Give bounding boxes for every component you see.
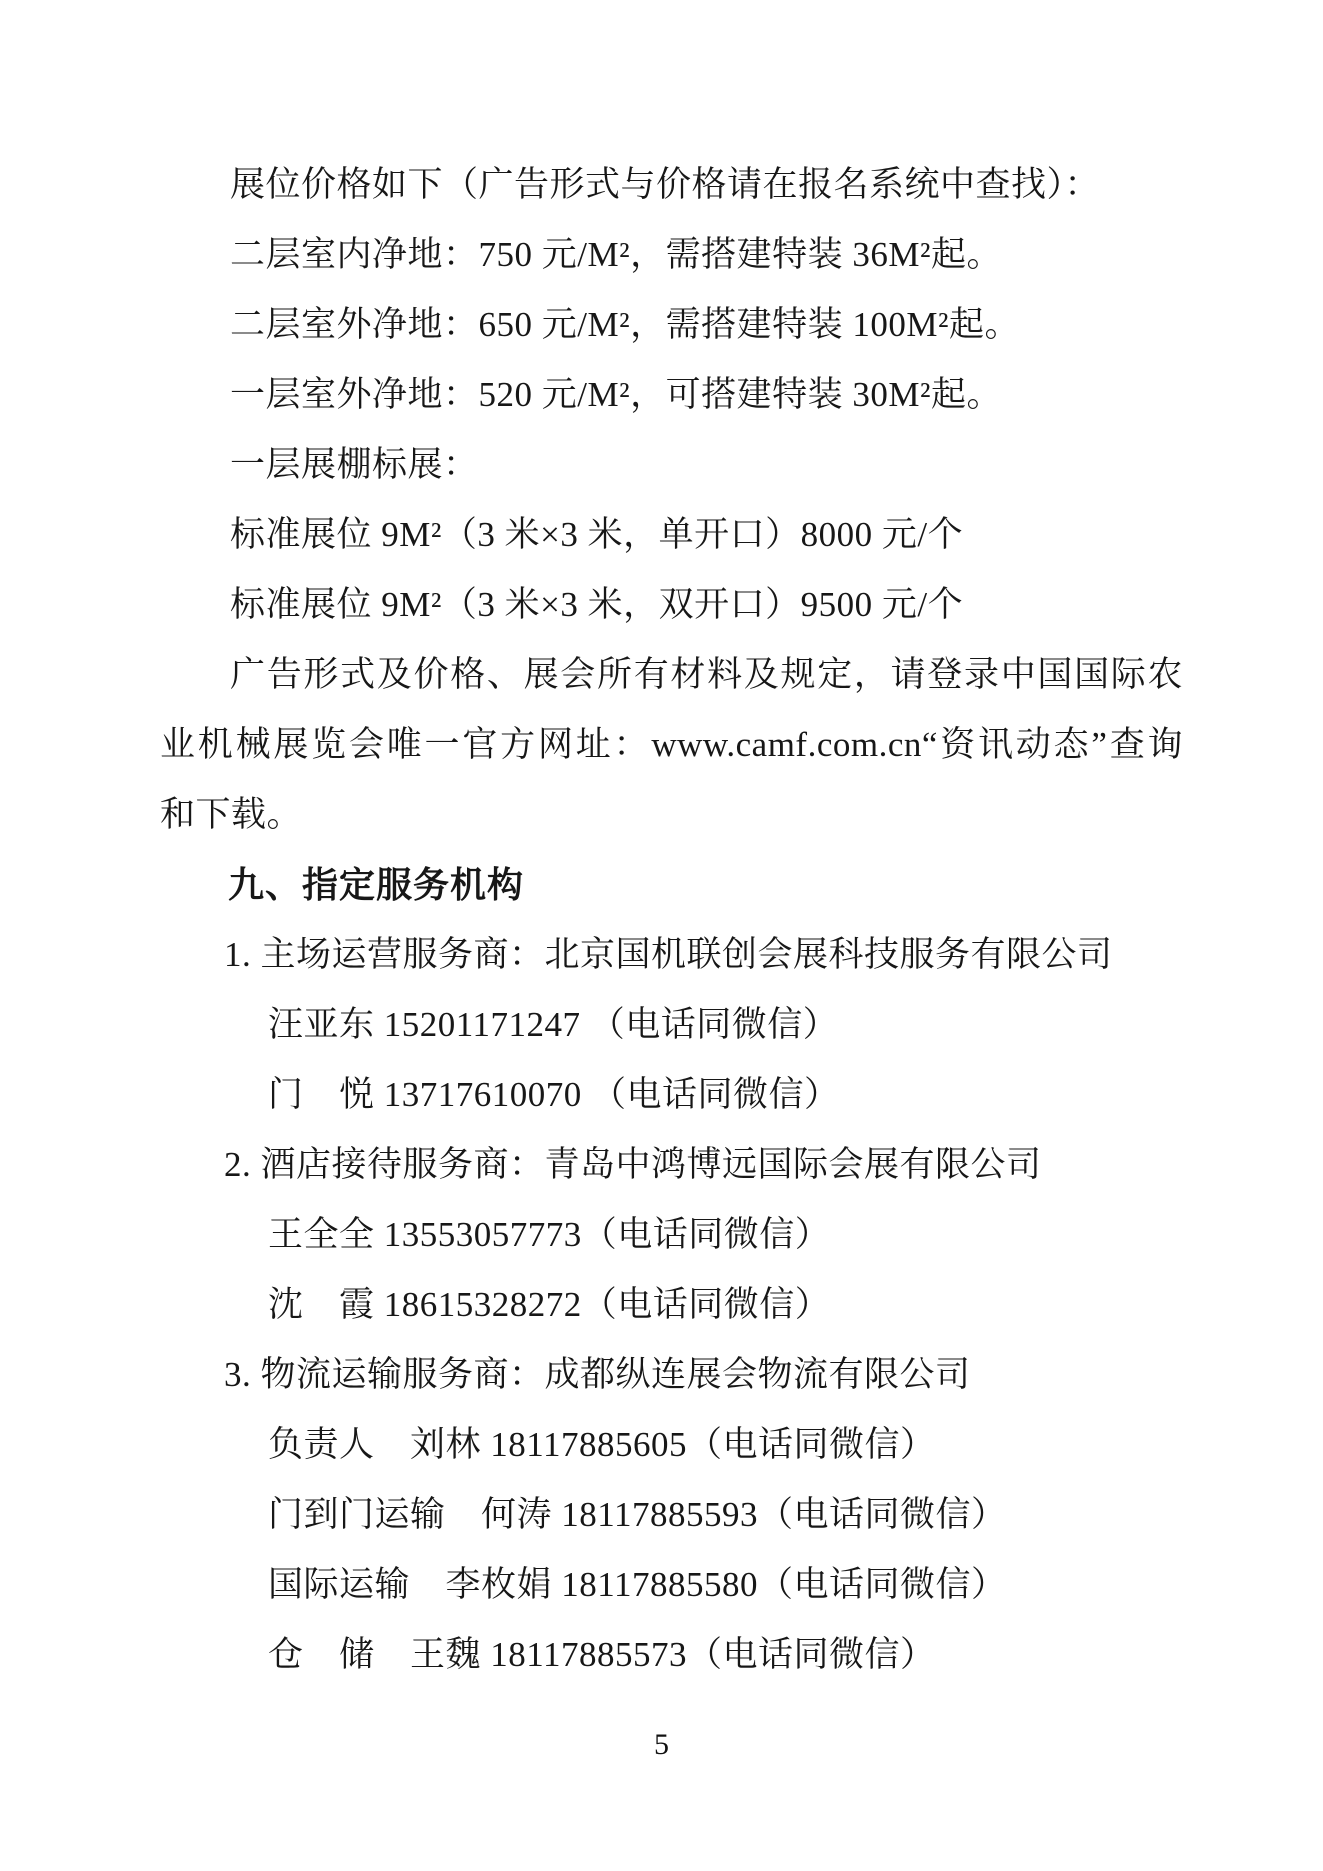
document-page: 展位价格如下（广告形式与价格请在报名系统中查找）： 二层室内净地：750 元/M…: [0, 0, 1323, 1871]
contact-line: 门 悦 13717610070 （电话同微信）: [160, 1060, 1183, 1130]
pricing-intro: 展位价格如下（广告形式与价格请在报名系统中查找）：: [160, 150, 1183, 220]
notice-line-1: 广告形式及价格、展会所有材料及规定，请登录中国国际农: [160, 640, 1183, 710]
floor1-booth-label: 一层展棚标展：: [160, 430, 1183, 500]
price-floor2-outdoor: 二层室外净地：650 元/M²，需搭建特装 100M²起。: [160, 290, 1183, 360]
section-heading: 九、指定服务机构: [160, 850, 1183, 920]
provider-2-title: 2. 酒店接待服务商：青岛中鸿博远国际会展有限公司: [160, 1130, 1183, 1200]
price-floor2-indoor: 二层室内净地：750 元/M²，需搭建特装 36M²起。: [160, 220, 1183, 290]
standard-booth-single: 标准展位 9M²（3 米×3 米，单开口）8000 元/个: [160, 500, 1183, 570]
notice-line-2: 业机械展览会唯一官方网址：www.camf.com.cn“资讯动态”查询: [160, 710, 1183, 780]
notice-line-3: 和下载。: [160, 780, 1183, 850]
document-body: 展位价格如下（广告形式与价格请在报名系统中查找）： 二层室内净地：750 元/M…: [160, 150, 1183, 1690]
provider-3-title: 3. 物流运输服务商：成都纵连展会物流有限公司: [160, 1340, 1183, 1410]
contact-line: 汪亚东 15201171247 （电话同微信）: [160, 990, 1183, 1060]
contact-line: 负责人 刘林 18117885605（电话同微信）: [160, 1410, 1183, 1480]
standard-booth-double: 标准展位 9M²（3 米×3 米，双开口）9500 元/个: [160, 570, 1183, 640]
page-number: 5: [654, 1728, 669, 1761]
page-footer: 5: [0, 1728, 1323, 1762]
contact-line: 门到门运输 何涛 18117885593（电话同微信）: [160, 1480, 1183, 1550]
contact-line: 国际运输 李枚娟 18117885580（电话同微信）: [160, 1550, 1183, 1620]
provider-1-title: 1. 主场运营服务商：北京国机联创会展科技服务有限公司: [160, 920, 1183, 990]
contact-line: 仓 储 王魏 18117885573（电话同微信）: [160, 1620, 1183, 1690]
contact-line: 沈 霞 18615328272（电话同微信）: [160, 1270, 1183, 1340]
price-floor1-outdoor: 一层室外净地：520 元/M²，可搭建特装 30M²起。: [160, 360, 1183, 430]
contact-line: 王全全 13553057773（电话同微信）: [160, 1200, 1183, 1270]
